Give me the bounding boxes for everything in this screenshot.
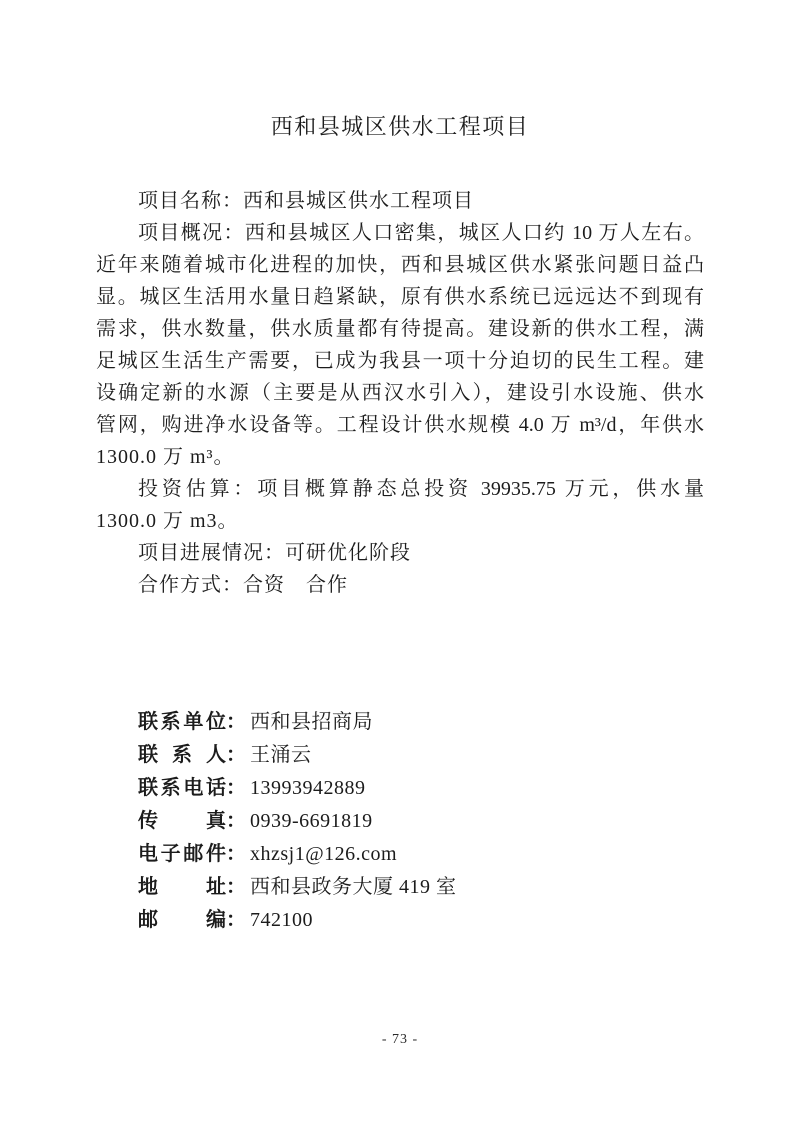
contact-colon: ： — [226, 739, 246, 772]
overview-line: 1300.0 万 m³。 — [96, 441, 704, 473]
overview-line: 足城区生活生产需要，已成为我县一项十分迫切的民生工程。建 — [96, 345, 704, 377]
contact-colon: ： — [226, 706, 246, 739]
contact-row-postcode: 邮编：742100 — [138, 904, 618, 937]
contact-label: 邮编 — [138, 904, 226, 937]
overview-line: 设确定新的水源（主要是从西汉水引入），建设引水设施、供水 — [96, 377, 704, 409]
contact-value: xhzsj1@126.com — [250, 838, 397, 871]
contact-label: 联系单位 — [138, 706, 226, 739]
contact-row-unit: 联系单位：西和县招商局 — [138, 706, 618, 739]
overview-line: 管网，购进净水设备等。工程设计供水规模 4.0 万 m³/d，年供水 — [96, 409, 704, 441]
body-text-block: 项目名称：西和县城区供水工程项目 项目概况：西和县城区人口密集，城区人口约 10… — [96, 185, 704, 601]
contact-colon: ： — [226, 772, 246, 805]
contact-label: 地址 — [138, 871, 226, 904]
contact-label: 联系电话 — [138, 772, 226, 805]
contact-value: 13993942889 — [250, 772, 366, 805]
overview-line: 项目概况：西和县城区人口密集，城区人口约 10 万人左右。 — [96, 217, 704, 249]
contact-colon: ： — [226, 805, 246, 838]
document-title: 西和县城区供水工程项目 — [96, 110, 704, 141]
overview-line: 需求，供水数量，供水质量都有待提高。建设新的供水工程，满 — [96, 313, 704, 345]
contact-label: 传真 — [138, 805, 226, 838]
contact-row-person: 联系人：王涌云 — [138, 739, 618, 772]
investment-line: 1300.0 万 m3。 — [96, 505, 704, 537]
project-name-line: 项目名称：西和县城区供水工程项目 — [96, 185, 704, 217]
contact-colon: ： — [226, 838, 246, 871]
contact-row-email: 电子邮件：xhzsj1@126.com — [138, 838, 618, 871]
contact-info-block: 联系单位：西和县招商局 联系人：王涌云 联系电话：13993942889 传真：… — [138, 706, 618, 937]
contact-value: 0939-6691819 — [250, 805, 373, 838]
contact-label: 联系人 — [138, 739, 226, 772]
progress-line: 项目进展情况：可研优化阶段 — [96, 537, 704, 569]
contact-value: 西和县招商局 — [250, 706, 373, 739]
cooperation-line: 合作方式：合资 合作 — [96, 569, 704, 601]
overview-line: 显。城区生活用水量日趋紧缺，原有供水系统已远远达不到现有 — [96, 281, 704, 313]
contact-value: 742100 — [250, 904, 313, 937]
contact-row-phone: 联系电话：13993942889 — [138, 772, 618, 805]
contact-colon: ： — [226, 904, 246, 937]
document-page: 西和县城区供水工程项目 项目名称：西和县城区供水工程项目 项目概况：西和县城区人… — [0, 0, 800, 1131]
contact-label: 电子邮件 — [138, 838, 226, 871]
contact-value: 王涌云 — [250, 739, 312, 772]
contact-row-address: 地址：西和县政务大厦 419 室 — [138, 871, 618, 904]
contact-value: 西和县政务大厦 419 室 — [250, 871, 457, 904]
page-number: - 73 - — [0, 1032, 800, 1048]
overview-line: 近年来随着城市化进程的加快，西和县城区供水紧张问题日益凸 — [96, 249, 704, 281]
contact-colon: ： — [226, 871, 246, 904]
contact-row-fax: 传真：0939-6691819 — [138, 805, 618, 838]
investment-line: 投资估算：项目概算静态总投资 39935.75 万元，供水量 — [96, 473, 704, 505]
